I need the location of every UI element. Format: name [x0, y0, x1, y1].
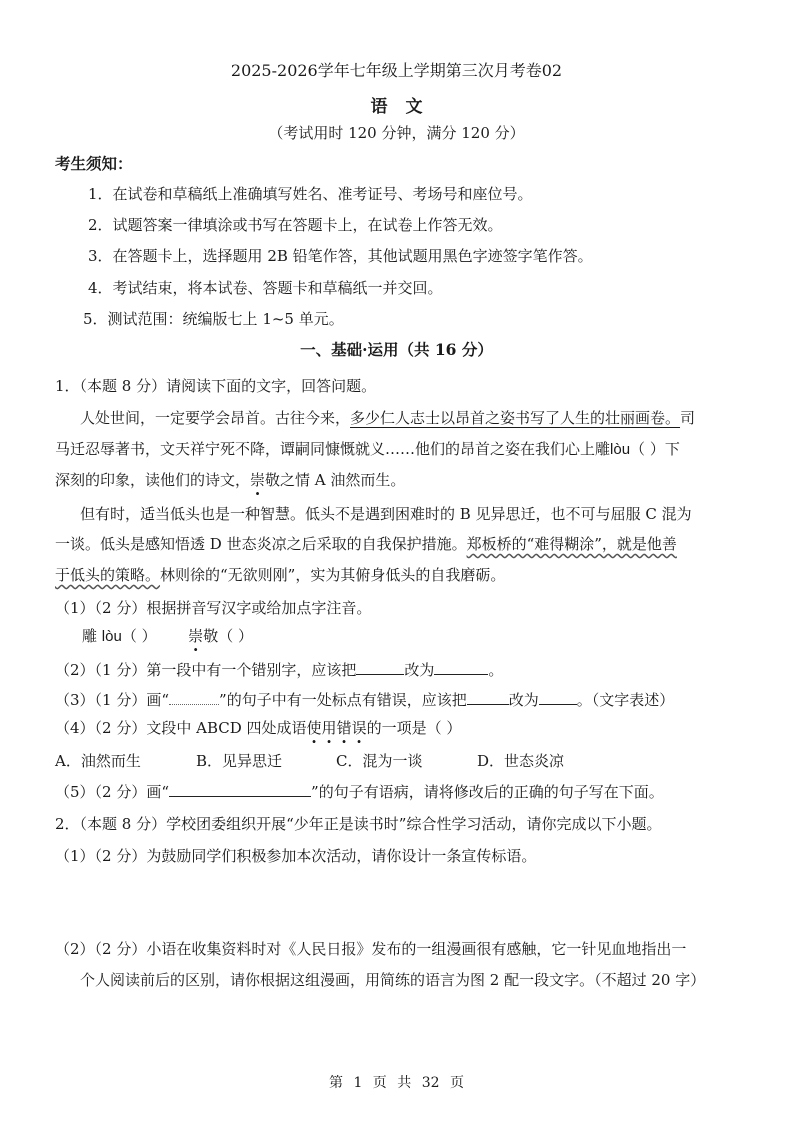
question-text: 改为: [404, 661, 434, 679]
answer-blank[interactable]: [356, 660, 404, 675]
dotted-char: 崇: [250, 471, 265, 489]
dotted-char: 使: [307, 719, 322, 737]
pinyin: lòu: [610, 441, 630, 458]
wavy-underlined-sentence: 于低头的策略。: [55, 566, 160, 584]
passage-p2-line3: 于低头的策略。林则徐的“无欲则刚”，实为其俯身低头的自我磨砺。: [55, 564, 505, 585]
notice-item: 5．测试范围：统编版七上 1~5 单元。: [83, 308, 344, 329]
passage-p1-line2: 马迁忍辱著书，文天祥宁死不降，谭嗣同慷慨就义……他们的昂首之姿在我们心上雕lòu…: [55, 438, 680, 459]
passage-text: 司: [680, 409, 695, 427]
passage-text: 林则徐的“无欲则刚”，实为其俯身低头的自我磨砺。: [160, 566, 505, 584]
section-heading: 一、基础·运用（共 16 分）: [0, 338, 793, 360]
passage-p2-line1: 但有时，适当低头也是一种智慧。低头不是遇到困难时的 B 见异思迁，也不可与屈服 …: [80, 503, 692, 524]
answer-blank[interactable]: 敬（ ）: [203, 627, 253, 645]
q1-sub1-items: 雕 lòu（ ） 崇敬（ ）: [82, 625, 253, 646]
option-b[interactable]: B．见异思迁: [196, 750, 282, 771]
q1-sub5: （5）（2 分）画“”的句子有语病，请将修改后的正确的句子写在下面。: [55, 781, 664, 802]
passage-text: 一谈。低头是感知悟透 D 世态炎凉之后采取的自我保护措施。: [55, 535, 467, 553]
passage-text: 马迁忍辱著书，文天祥宁死不降，谭嗣同慷慨就义……他们的昂首之姿在我们心上雕: [55, 440, 610, 458]
q1-sub4: （4）（2 分）文段中 ABCD 四处成语使用错误的一项是（ ）: [55, 717, 461, 738]
option-d[interactable]: D．世态炎凉: [477, 750, 564, 771]
notice-item: 2．试题答案一律填涂或书写在答题卡上，在试卷上作答无效。: [88, 214, 503, 235]
q2-sub1: （1）（2 分）为鼓励同学们积极参加本次活动，请你设计一条宣传标语。: [55, 845, 536, 866]
page-number: 第 1 页 共 32 页: [0, 1072, 793, 1092]
question-text: ”的句子中有一处标点有错误，应该把: [219, 691, 467, 709]
answer-blank[interactable]: [467, 690, 509, 705]
wavy-underlined-sentence: 郑板桥的“难得糊涂”，就是他善: [467, 535, 677, 553]
dotted-char: 用: [322, 719, 337, 737]
answer-blank[interactable]: [539, 690, 577, 705]
question-text: 改为: [509, 691, 539, 709]
q1-sub3: （3）（1 分）画“”的句子中有一处标点有错误，应该把改为。（文字表述）: [55, 689, 674, 710]
notice-item: 1．在试卷和草稿纸上准确填写姓名、准考证号、考场号和座位号。: [88, 183, 533, 204]
exam-subject: 语文: [0, 92, 793, 117]
question-text: （4）（2 分）文段中 ABCD 四处成语: [55, 719, 307, 737]
passage-text: 深刻的印象，读他们的诗文，: [55, 471, 250, 489]
notice-item: 4．考试结束，将本试卷、答题卡和草稿纸一并交回。: [88, 277, 443, 298]
passage-p1-line1: 人处世间，一定要学会昂首。古往今来，多少仁人志士以昂首之姿书写了人生的壮丽画卷。…: [80, 407, 695, 428]
passage-text: （ ）下: [630, 440, 680, 458]
notice-heading: 考生须知：: [55, 152, 133, 174]
notice-item: 3．在答题卡上，选择题用 2B 铅笔作答，其他试题用黑色字迹签字笔作答。: [88, 245, 593, 266]
question-text: 。（文字表述）: [577, 691, 675, 709]
q1-sub2: （2）（1 分）第一段中有一个错别字，应该把改为。: [55, 659, 503, 680]
answer-blank[interactable]: （ ）: [122, 627, 157, 645]
underlined-sentence: 多少仁人志士以昂首之姿书写了人生的壮丽画卷。: [350, 409, 680, 427]
q2-sub2-line2: 个人阅读前后的区别，请你根据这组漫画，用简练的语言为图 2 配一段文字。（不超过…: [80, 969, 705, 990]
exam-title: 2025-2026学年七年级上学期第三次月考卷02: [0, 58, 793, 81]
pinyin: lòu: [102, 628, 122, 645]
dotted-char: 崇: [188, 627, 203, 645]
question-2-stem: 2．（本题 8 分）学校团委组织开展“少年正是读书时”综合性学习活动，请你完成以…: [55, 813, 661, 834]
question-text: （3）（1 分）画“: [55, 691, 169, 709]
q1-sub1: （1）（2 分）根据拼音写汉字或给加点字注音。: [55, 597, 371, 618]
question-text: （2）（1 分）第一段中有一个错别字，应该把: [55, 661, 356, 679]
answer-char: 雕: [82, 627, 97, 645]
underline-sample: [169, 782, 311, 797]
question-text: ”的句子有语病，请将修改后的正确的句子写在下面。: [311, 783, 664, 801]
passage-p1-line3: 深刻的印象，读他们的诗文，崇敬之情 A 油然而生。: [55, 469, 405, 490]
question-text: 。: [488, 661, 503, 679]
passage-text: 人处世间，一定要学会昂首。古往今来，: [80, 409, 350, 427]
exam-duration: （考试用时 120 分钟，满分 120 分）: [0, 122, 793, 143]
answer-blank[interactable]: [434, 660, 488, 675]
option-a[interactable]: A．油然而生: [55, 750, 141, 771]
q2-sub2-line1: （2）（2 分）小语在收集资料时对《人民日报》发布的一组漫画很有感触，它一针见血…: [55, 938, 686, 959]
passage-text: 敬之情 A 油然而生。: [265, 471, 405, 489]
question-1-stem: 1．（本题 8 分）请阅读下面的文字，回答问题。: [55, 375, 376, 396]
option-c[interactable]: C．混为一谈: [336, 750, 422, 771]
question-text: （5）（2 分）画“: [55, 783, 169, 801]
dotted-char: 错: [337, 719, 352, 737]
wavy-line-sample: [169, 690, 219, 705]
question-text: 的一项是（ ）: [367, 719, 462, 737]
dotted-char: 误: [352, 719, 367, 737]
passage-p2-line2: 一谈。低头是感知悟透 D 世态炎凉之后采取的自我保护措施。郑板桥的“难得糊涂”，…: [55, 533, 677, 554]
